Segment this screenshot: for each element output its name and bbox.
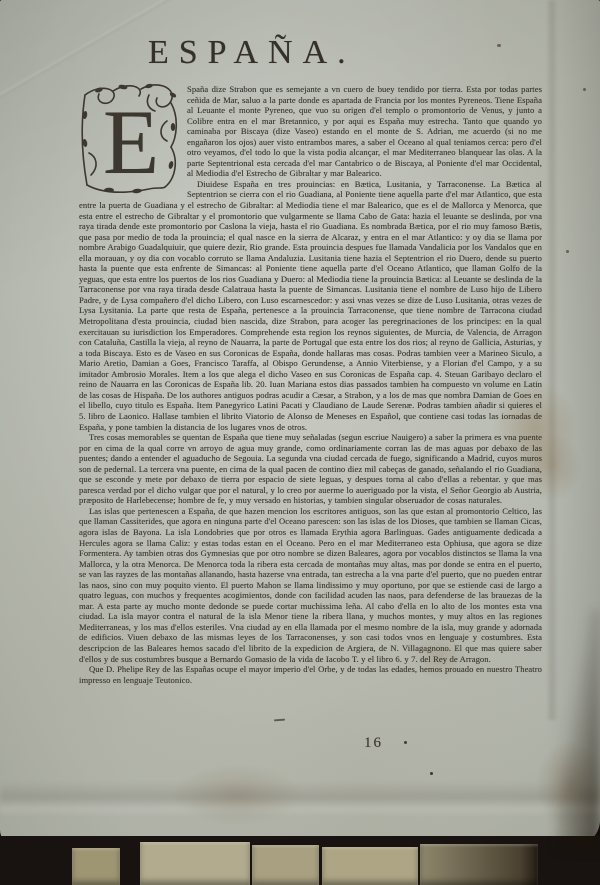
ornamental-drop-cap: E E [79,85,179,195]
book-page: ESPAÑA. [0,0,600,846]
photo-shadow [500,756,600,885]
woodcut-initial-icon: E [79,81,179,197]
page-number: 16 [364,735,383,752]
under-page-edge [252,845,319,885]
body-text: E E Spaña dize Strabon que es semejante … [79,84,542,685]
page-title: ESPAÑA. [148,36,356,70]
paragraph: Tres cosas memorables se quentan de Espa… [79,432,542,506]
under-page-edge [72,848,120,885]
under-page-edge [140,842,250,885]
paragraph: Diuidese España en tres prouincias: en B… [79,179,542,432]
printer-mark [274,719,285,722]
ink-speck [566,250,569,253]
ink-speck [430,772,433,775]
under-page-edge [322,847,418,885]
paragraph: Que D. Phelipe Rey de las Españas ocupe … [79,664,542,685]
book-photo: ESPAÑA. [0,0,600,885]
ink-speck [404,741,407,744]
ink-speck [497,44,501,47]
drop-cap-letter-glyph: E [103,91,159,193]
ink-speck [583,88,586,91]
paragraph: Las islas que pertenescen a España, de q… [79,506,542,664]
